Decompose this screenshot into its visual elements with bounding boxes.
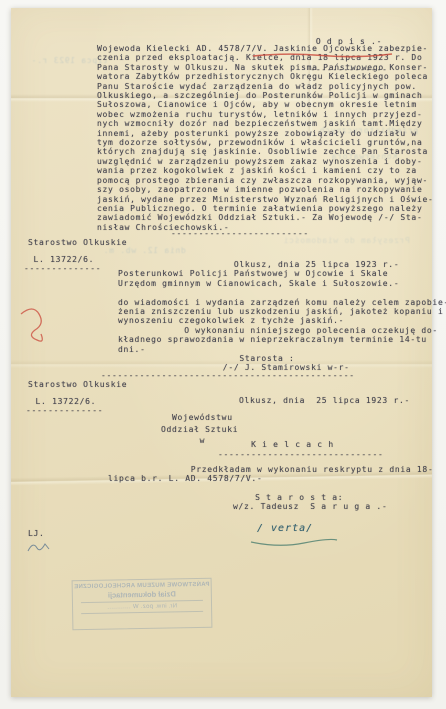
office2-name: Starostwo Olkuskie bbox=[28, 380, 127, 389]
scan-background: lipca 1923 r.- przedhistorycznych Konser… bbox=[0, 0, 446, 709]
letter3-signature: S t a r o s t a: w/z. Tadeusz S a r u g … bbox=[233, 493, 387, 512]
red-pencil-mark bbox=[19, 300, 59, 348]
stamp-department: Dział dokumentacji bbox=[73, 589, 211, 600]
letter3-city: K i e l c a c h ------------------------… bbox=[218, 440, 384, 460]
pen-flourish bbox=[25, 539, 51, 557]
letter1-body: Wojewoda Kielecki AD. 4578/7/V. Jaskinie… bbox=[97, 44, 434, 232]
archive-stamp-mirrored: PAŃSTWOWE MUZEUM ARCHEOLOGICZNE Dział do… bbox=[72, 578, 213, 630]
letter2-body: Olkusz, dnia 25 lipca 1923 r.- Posterunk… bbox=[118, 260, 446, 373]
office1-name: Starostwo Olkuskie bbox=[28, 238, 127, 247]
stamp-rule bbox=[81, 611, 203, 614]
office2-ref-underline: -------------- bbox=[26, 406, 103, 415]
verta-underline bbox=[249, 536, 339, 550]
office1-ref: L. 13722/6. bbox=[28, 255, 94, 264]
verta-note: / verta/ bbox=[257, 523, 313, 534]
office2-ref: L. 13722/6. bbox=[30, 397, 96, 406]
letter3-date: Olkusz, dnia 25 lipca 1923 r.- bbox=[239, 396, 410, 405]
office1-ref-underline: -------------- bbox=[24, 264, 101, 273]
red-underline-jaskinie bbox=[252, 51, 394, 59]
stamp-inventory-line: Nr. inw. poz. W ............ bbox=[73, 603, 211, 611]
letter3-body: Przedkładam w wykonaniu reskryptu z dnia… bbox=[108, 465, 433, 484]
document-page: lipca 1923 r.- przedhistorycznych Konser… bbox=[11, 8, 432, 697]
clerk-initials: LJ. bbox=[28, 529, 45, 538]
section-divider: ----------------------------------------… bbox=[101, 371, 355, 380]
section-divider: ------------------------- bbox=[171, 229, 309, 238]
